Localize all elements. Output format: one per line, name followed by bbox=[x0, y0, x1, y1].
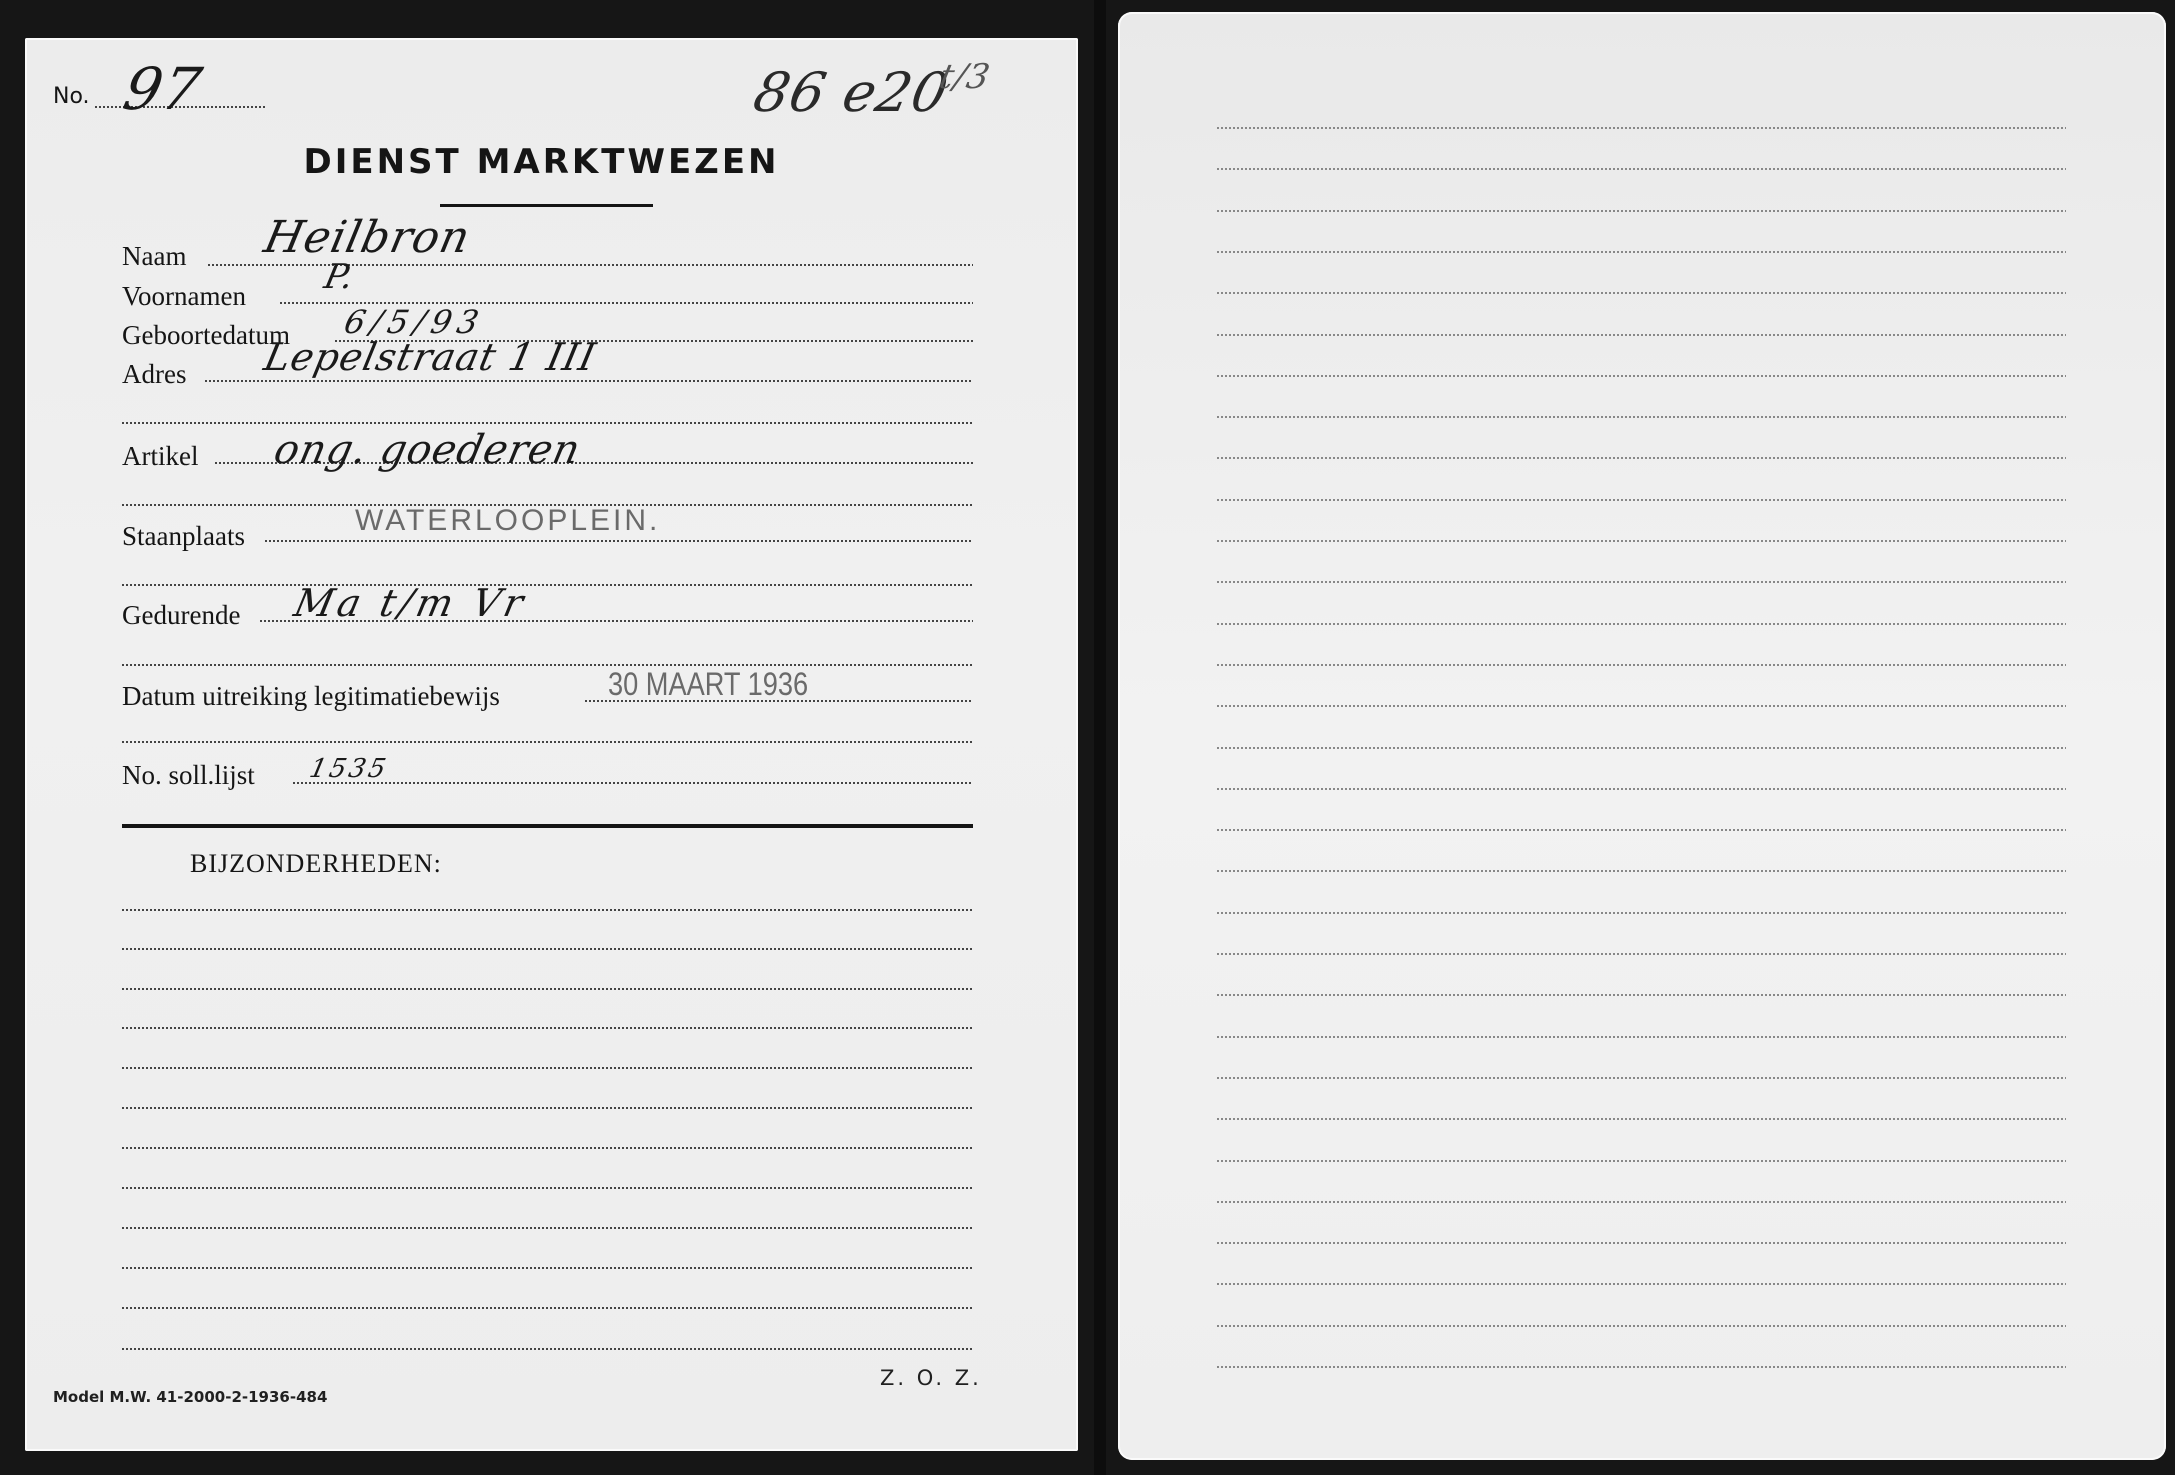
back-ruled-line[interactable] bbox=[1217, 457, 2066, 459]
back-ruled-line[interactable] bbox=[1217, 334, 2066, 336]
bijzonderheden-line[interactable] bbox=[122, 1147, 973, 1149]
scan-divider bbox=[1094, 0, 1106, 1475]
field-label-naam: Naam bbox=[122, 243, 186, 270]
back-ruled-line[interactable] bbox=[1217, 1242, 2066, 1244]
back-ruled-line[interactable] bbox=[1217, 1325, 2066, 1327]
field-label-datum-uitreiking: Datum uitreiking legitimatiebewijs bbox=[122, 683, 500, 710]
back-ruled-line[interactable] bbox=[1217, 1036, 2066, 1038]
back-ruled-line[interactable] bbox=[1217, 1160, 2066, 1162]
bijzonderheden-line[interactable] bbox=[122, 1267, 973, 1269]
back-ruled-line[interactable] bbox=[1217, 870, 2066, 872]
back-ruled-line[interactable] bbox=[1217, 292, 2066, 294]
back-ruled-line[interactable] bbox=[1217, 210, 2066, 212]
bijzonderheden-line[interactable] bbox=[122, 1187, 973, 1189]
number-label: No. bbox=[53, 86, 90, 108]
page-title: DIENST MARKTWEZEN bbox=[25, 142, 1078, 182]
back-ruled-line[interactable] bbox=[1217, 540, 2066, 542]
back-ruled-line[interactable] bbox=[1217, 1201, 2066, 1203]
bijzonderheden-line[interactable] bbox=[122, 1027, 973, 1029]
field-value-artikel[interactable]: ong. goederen bbox=[271, 430, 585, 470]
field-label-artikel: Artikel bbox=[122, 443, 198, 470]
bijzonderheden-line[interactable] bbox=[122, 988, 973, 990]
back-ruled-line[interactable] bbox=[1217, 251, 2066, 253]
field-value-datum-uitreiking[interactable]: 30 MAART 1936 bbox=[608, 668, 808, 700]
bijzonderheden-line[interactable] bbox=[122, 1307, 973, 1309]
bijzonderheden-heading: BIJZONDERHEDEN: bbox=[190, 851, 442, 877]
back-ruled-line[interactable] bbox=[1217, 829, 2066, 831]
bijzonderheden-line[interactable] bbox=[122, 909, 973, 911]
registration-card-back bbox=[1118, 12, 2166, 1460]
field-value-adres[interactable]: Lepelstraat 1 III bbox=[261, 338, 600, 376]
field-label-staanplaats: Staanplaats bbox=[122, 523, 245, 550]
field-value-staanplaats[interactable]: WATERLOOPLEIN. bbox=[355, 506, 660, 536]
field-line-adres-extra bbox=[122, 422, 973, 424]
field-line-staanplaats-extra bbox=[122, 584, 973, 586]
field-line-staanplaats bbox=[265, 540, 973, 542]
back-ruled-line[interactable] bbox=[1217, 953, 2066, 955]
back-ruled-line[interactable] bbox=[1217, 127, 2066, 129]
field-label-gedurende: Gedurende bbox=[122, 602, 240, 629]
field-value-gedurende[interactable]: Ma t/m Vr bbox=[291, 584, 531, 622]
archive-note: 86 e20 bbox=[749, 66, 953, 120]
back-ruled-line[interactable] bbox=[1217, 912, 2066, 914]
bijzonderheden-line[interactable] bbox=[122, 1107, 973, 1109]
back-ruled-line[interactable] bbox=[1217, 1077, 2066, 1079]
field-label-soll-lijst: No. soll.lijst bbox=[122, 762, 255, 789]
back-ruled-line[interactable] bbox=[1217, 1118, 2066, 1120]
back-ruled-line[interactable] bbox=[1217, 747, 2066, 749]
number-value: 97 bbox=[119, 60, 207, 118]
back-ruled-line[interactable] bbox=[1217, 788, 2066, 790]
field-label-voornamen: Voornamen bbox=[122, 283, 246, 310]
back-ruled-line[interactable] bbox=[1217, 581, 2066, 583]
registration-card-front: No. 97 86 e20 t/3 DIENST MARKTWEZEN Naam… bbox=[25, 38, 1078, 1451]
field-line-soll-lijst bbox=[293, 782, 973, 784]
back-ruled-line[interactable] bbox=[1217, 664, 2066, 666]
field-value-voornamen[interactable]: P. bbox=[321, 260, 357, 294]
model-number: Model M.W. 41-2000-2-1936-484 bbox=[53, 1388, 327, 1406]
back-ruled-line[interactable] bbox=[1217, 623, 2066, 625]
field-line-gedurende-extra bbox=[122, 664, 973, 666]
title-text: DIENST MARKTWEZEN bbox=[304, 142, 780, 182]
corner-mark: t/3 bbox=[936, 60, 993, 94]
zoz-note: Z. O. Z. bbox=[880, 1366, 982, 1390]
back-ruled-line[interactable] bbox=[1217, 499, 2066, 501]
back-ruled-line[interactable] bbox=[1217, 168, 2066, 170]
field-value-soll-lijst[interactable]: 1535 bbox=[307, 756, 391, 782]
bijzonderheden-line[interactable] bbox=[122, 948, 973, 950]
bijzonderheden-line[interactable] bbox=[122, 1227, 973, 1229]
field-label-adres: Adres bbox=[122, 361, 186, 388]
field-line-datum-extra bbox=[122, 741, 973, 743]
bijzonderheden-line[interactable] bbox=[122, 1348, 973, 1350]
bijzonderheden-line[interactable] bbox=[122, 1067, 973, 1069]
back-ruled-line[interactable] bbox=[1217, 994, 2066, 996]
back-ruled-line[interactable] bbox=[1217, 705, 2066, 707]
field-line-naam bbox=[208, 264, 973, 266]
title-underline bbox=[440, 204, 653, 207]
field-label-geboortedatum: Geboortedatum bbox=[122, 322, 290, 349]
back-ruled-line[interactable] bbox=[1217, 416, 2066, 418]
field-value-naam[interactable]: Heilbron bbox=[260, 216, 474, 260]
back-ruled-line[interactable] bbox=[1217, 1283, 2066, 1285]
back-ruled-line[interactable] bbox=[1217, 375, 2066, 377]
field-line-adres bbox=[205, 380, 973, 382]
section-separator bbox=[122, 824, 973, 828]
back-ruled-line[interactable] bbox=[1217, 1366, 2066, 1368]
field-value-geboortedatum[interactable]: 6/5/93 bbox=[342, 306, 488, 338]
